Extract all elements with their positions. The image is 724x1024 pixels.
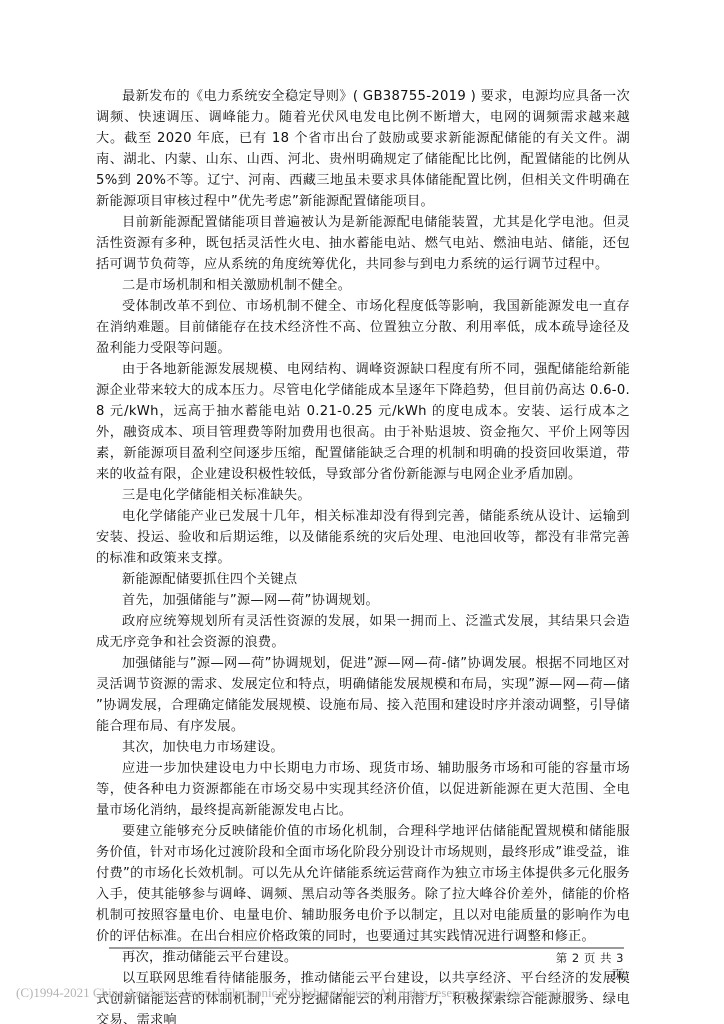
paragraph: 电化学储能产业已发展十几年，相关标准却没有得到完善，储能系统从设计、运输到安装、… [96,506,630,569]
section-heading: 三是电化学储能相关标准缺失。 [96,485,630,506]
paragraph: 加强储能与”源—网—荷”协调规划，促进”源—网—荷-储”协调发展。根据不同地区对… [96,653,630,737]
section-heading: 首先，加强储能与”源—网—荷”协调规划。 [96,590,630,611]
section-heading: 二是市场机制和相关激励机制不健全。 [96,275,630,296]
footer-divider [109,947,624,949]
paragraph: 由于各地新能源发展规模、电网结构、调峰资源缺口程度有所不同，强配储能给新能源企业… [96,359,630,485]
page-number: 第 2 页 共 3 页 [540,950,624,982]
paragraph: 目前新能源配置储能项目普遍被认为是新能源配电储能装置，尤其是化学电池。但灵活性资… [96,212,630,275]
section-heading: 新能源配储要抓住四个关键点 [96,569,630,590]
paragraph: 受体制改革不到位、市场机制不健全、市场化程度低等影响，我国新能源发电一直存在消纳… [96,296,630,359]
paragraph: 政府应统筹规划所有灵活性资源的发展，如果一拥而上、泛滥式发展，其结果只会造成无序… [96,611,630,653]
paragraph: 要建立能够充分反映储能价值的市场化机制，合理科学地评估储能配置规模和储能服务价值… [96,821,630,947]
section-heading: 其次，加快电力市场建设。 [96,737,630,758]
copyright-notice: (C)1994-2021 China Academic Journal Elec… [16,985,585,1001]
document-body: 最新发布的《电力系统安全稳定导则》( GB38755-2019 ) 要求，电源均… [96,86,630,1024]
paragraph: 应进一步加快建设电力中长期电力市场、现货市场、辅助服务市场和可能的容量市场等，使… [96,758,630,821]
paragraph: 最新发布的《电力系统安全稳定导则》( GB38755-2019 ) 要求，电源均… [96,86,630,212]
